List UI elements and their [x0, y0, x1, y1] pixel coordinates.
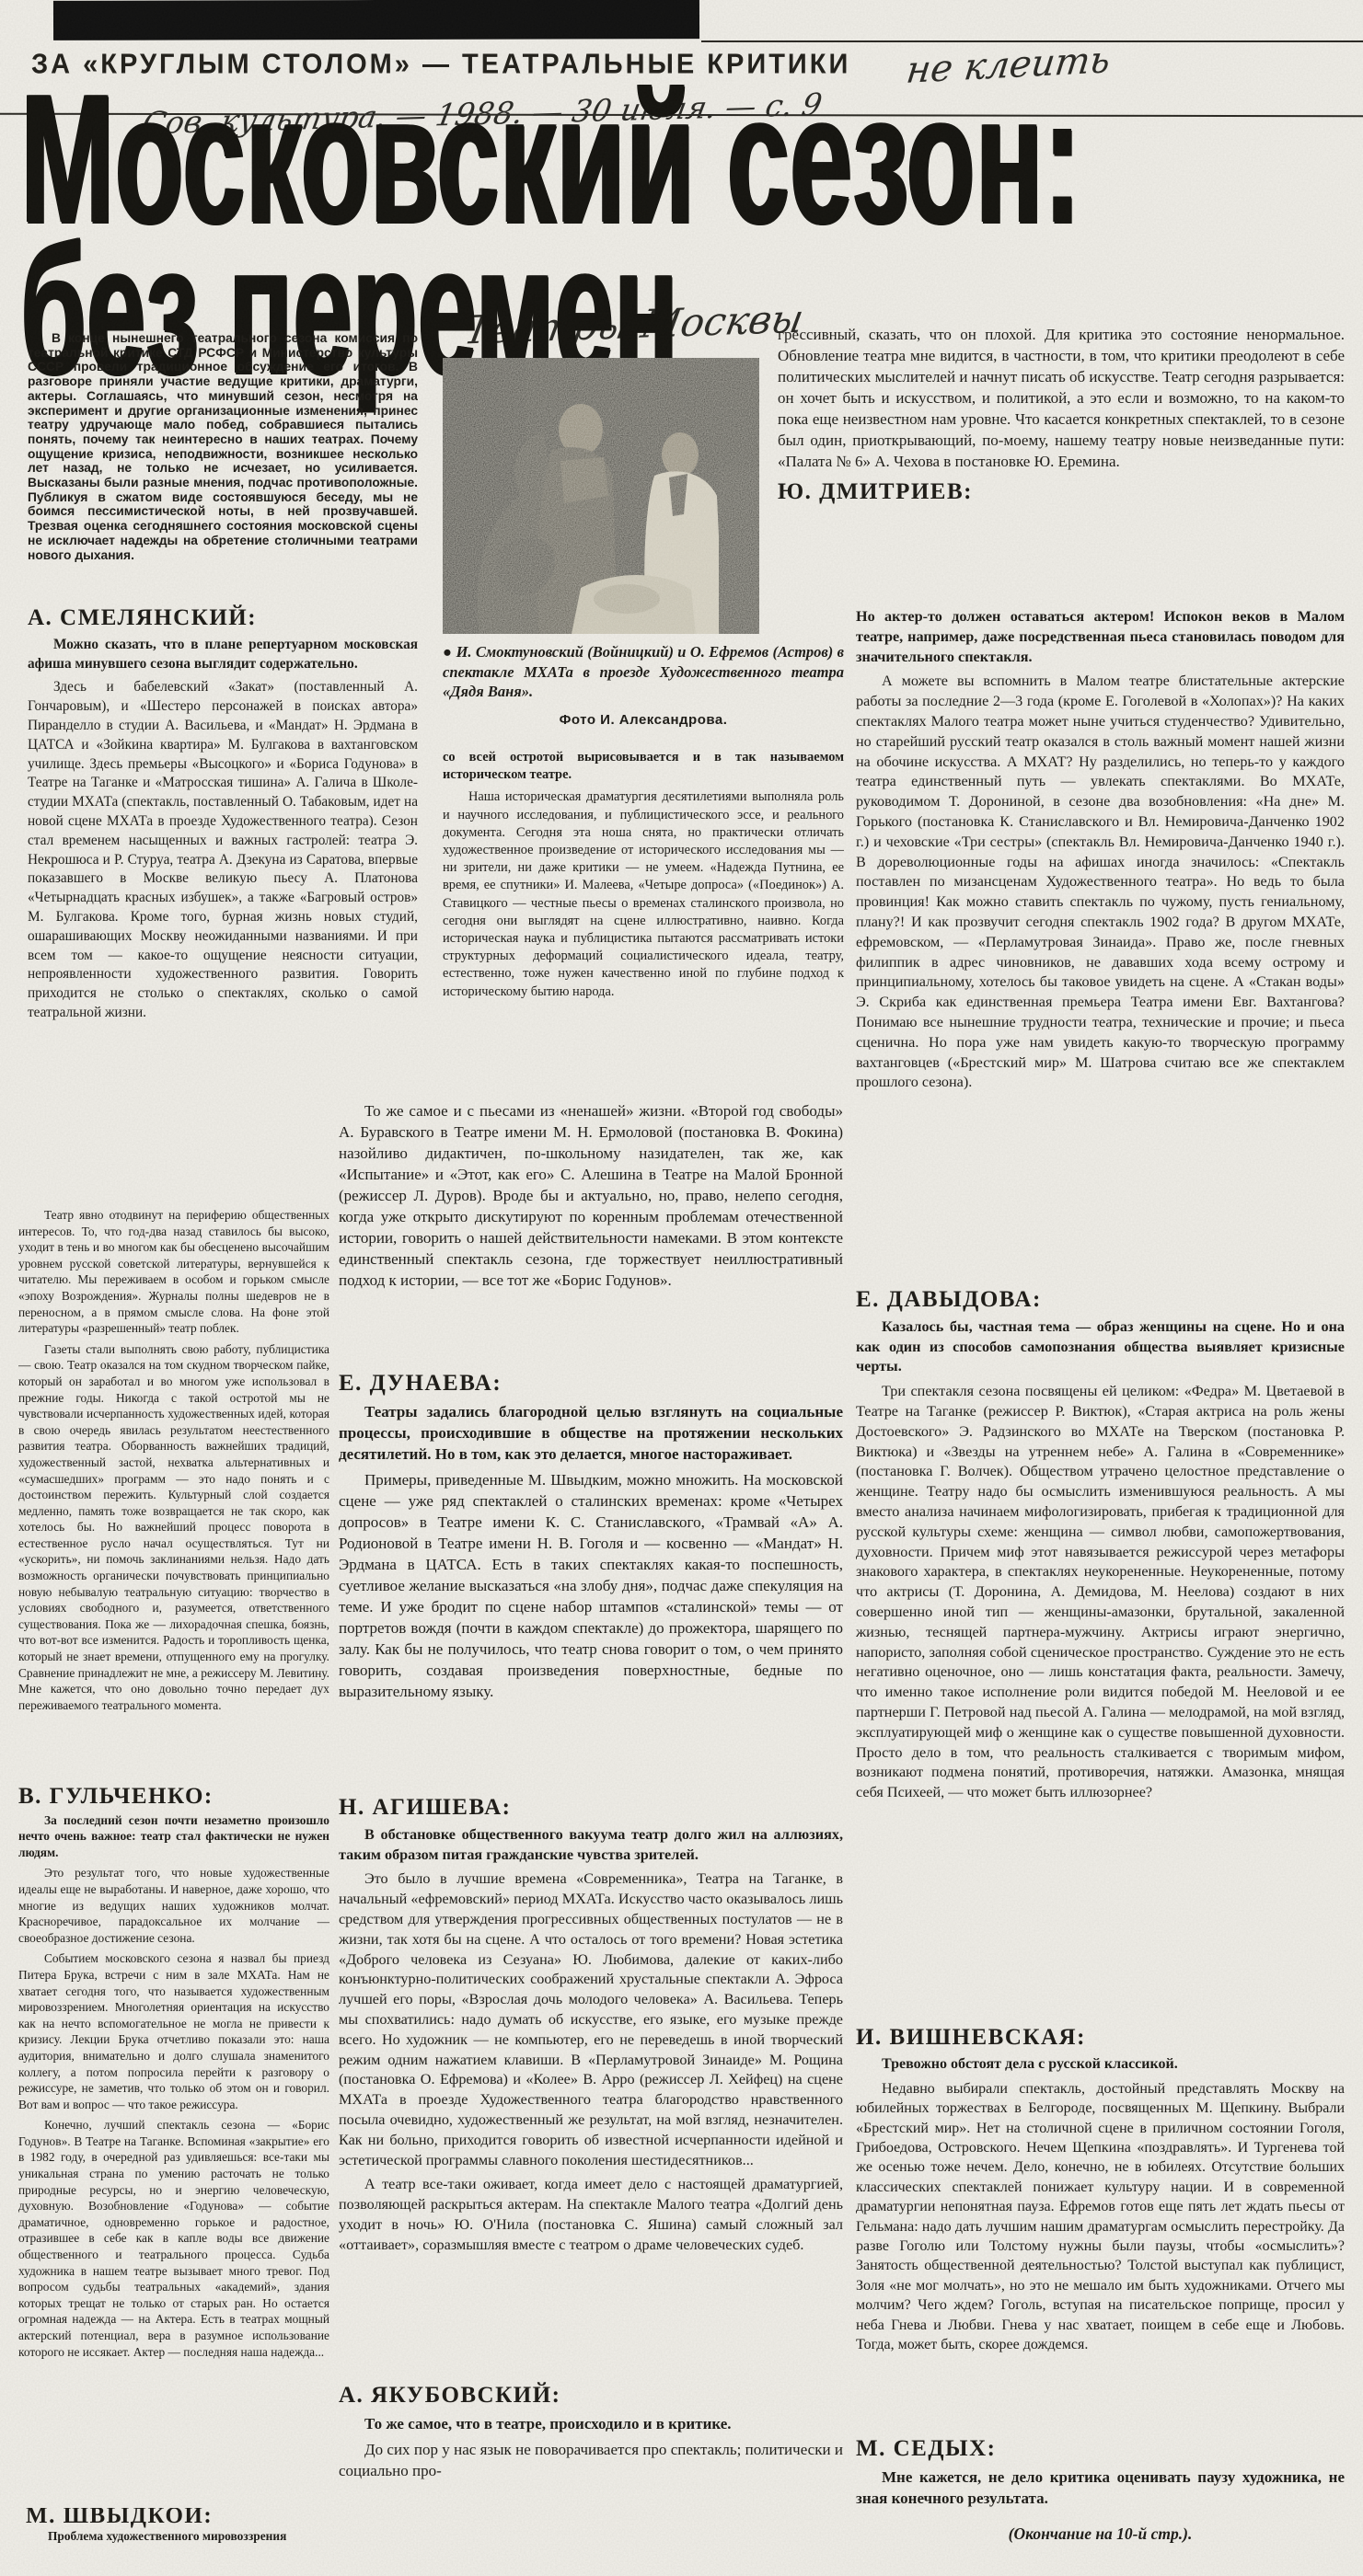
column3-sedykh: М. СЕДЫХ: Мне кажется, не дело критика о… — [856, 2429, 1345, 2576]
speaker-dmitriev: Ю. ДМИТРИЕВ: — [778, 481, 1345, 502]
column3-dmitriev: Но актер-то должен оставаться актером! И… — [856, 607, 1345, 1279]
column3-davydova: Е. ДАВЫДОВА: Казалось бы, частная тема —… — [856, 1281, 1345, 2017]
newspaper-page: ЗА «КРУГЛЫМ СТОЛОМ» — ТЕАТРАЛЬНЫЕ КРИТИК… — [0, 0, 1363, 2576]
speaker-vishnevskaya: И. ВИШНЕВСКАЯ: — [856, 2028, 1345, 2047]
speaker-shvydkoy: М. ШВЫДКОЙ: — [26, 2508, 337, 2524]
column3-top-wide: грессивный, сказать, что он плохой. Для … — [778, 324, 1345, 605]
photo-credit: Фото И. Александрова. — [443, 710, 844, 730]
speaker-davydova: Е. ДАВЫДОВА: — [856, 1290, 1345, 1310]
column2-same-theme: То же самое и с пьесами из «ненашей» жиз… — [339, 1100, 843, 1363]
column1-smelyansky-cont: Театр явно отодвинут на периферию общест… — [18, 1207, 329, 1777]
stage-photo — [443, 358, 759, 634]
caption-bullet-icon: ● — [443, 643, 452, 661]
speaker-sedykh: М. СЕДЫХ: — [856, 2438, 1345, 2459]
speaker-gulchenko: В. ГУЛЬЧЕНКО: — [18, 1788, 329, 1805]
column3-vishnevskaya: И. ВИШНЕВСКАЯ: Тревожно обстоят дела с р… — [856, 2018, 1345, 2429]
column2-agisheva: Н. АГИШЕВА: В обстановке общественного в… — [339, 1788, 843, 2374]
photo-caption: ● И. Смоктуновский (Войницкий) и О. Ефре… — [443, 642, 844, 730]
column2-dunaeva: Е. ДУНАЕВА: Театры задались благородной … — [339, 1363, 843, 1787]
lede-paragraph: В конце нынешнего театрального сезона ко… — [28, 331, 418, 607]
column2-yakubovsky: А. ЯКУБОВСКИЙ: То же самое, что в театре… — [339, 2375, 843, 2576]
column1-gulchenko: В. ГУЛЬЧЕНКО: За последний сезон почти н… — [18, 1779, 329, 2504]
stage-photo-art — [443, 358, 759, 634]
column1-shvydkoy: М. ШВЫДКОЙ: Проблема художественного мир… — [26, 2508, 337, 2576]
continuation-note: (Окончание на 10-й стр.). — [856, 2524, 1345, 2545]
speaker-yakubovsky: А. ЯКУБОВСКИЙ: — [339, 2385, 843, 2406]
speaker-dunaeva: Е. ДУНАЕВА: — [339, 1373, 843, 1394]
speaker-smelyansky: А. СМЕЛЯНСКИЙ: — [28, 609, 418, 628]
caption-text: И. Смоктуновский (Войницкий) и О. Ефремо… — [443, 643, 844, 700]
top-black-bar — [53, 0, 699, 40]
column2-history: со всей остротой вырисовывается и в так … — [443, 749, 844, 1098]
speaker-agisheva: Н. АГИШЕВА: — [339, 1798, 843, 1818]
